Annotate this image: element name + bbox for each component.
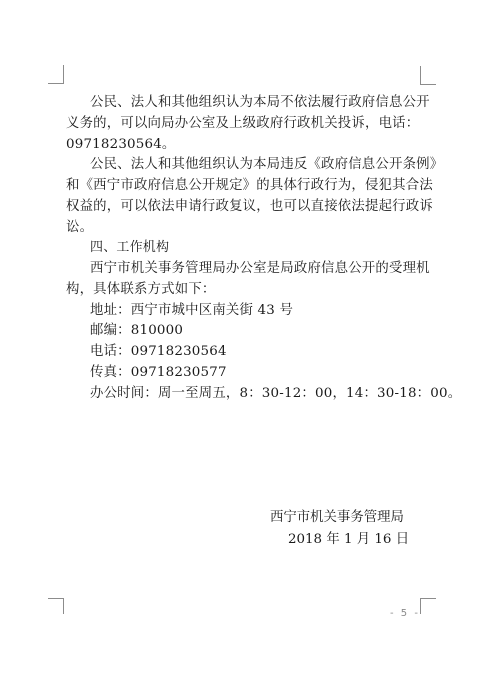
document-page: 公民、法人和其他组织认为本局不依法履行政府信息公开 义务的，可以向局办公室及上级… <box>0 0 479 675</box>
paragraph-review: 公民、法人和其他组织认为本局违反《政府信息公开条例》 和《西宁市政府信息公开规定… <box>66 155 420 238</box>
office-hours: 办公时间：周一至周五，8：30-12：00，14：30-18：00。 <box>66 384 420 405</box>
crop-mark-top-left <box>48 65 64 84</box>
paragraph-complaint: 公民、法人和其他组织认为本局不依法履行政府信息公开 义务的，可以向局办公室及上级… <box>66 93 420 155</box>
section-heading: 四、工作机构 <box>66 238 420 259</box>
crop-mark-bottom-left <box>48 598 64 614</box>
crop-mark-bottom-right <box>420 598 436 614</box>
contact-info: 地址：西宁市城中区南关街 43 号 邮编：810000 电话：097182305… <box>66 301 420 405</box>
contact-phone: 电话：09718230564 <box>66 342 420 363</box>
contact-fax: 传真：09718230577 <box>66 363 420 384</box>
page-number: - 5 - <box>390 608 420 619</box>
signature-organization: 西宁市机关事务管理局 <box>270 507 404 528</box>
text-line: 公民、法人和其他组织认为本局不依法履行政府信息公开 <box>66 93 420 114</box>
text-line: 西宁市机关事务管理局办公室是局政府信息公开的受理机 <box>66 259 420 280</box>
text-line: 和《西宁市政府信息公开规定》的具体行政行为，侵犯其合法 <box>66 176 420 197</box>
text-line: 义务的，可以向局办公室及上级政府行政机关投诉，电话： <box>66 114 420 135</box>
crop-mark-top-right <box>420 66 436 85</box>
text-line: 讼。 <box>66 218 420 239</box>
text-line: 公民、法人和其他组织认为本局违反《政府信息公开条例》 <box>66 155 420 176</box>
text-line: 构，具体联系方式如下： <box>66 280 420 301</box>
paragraph-office: 西宁市机关事务管理局办公室是局政府信息公开的受理机 构，具体联系方式如下： <box>66 259 420 301</box>
text-line: 权益的，可以依法申请行政复议，也可以直接依法提起行政诉 <box>66 197 420 218</box>
document-body: 公民、法人和其他组织认为本局不依法履行政府信息公开 义务的，可以向局办公室及上级… <box>66 93 420 404</box>
signature-date: 2018 年 1 月 16 日 <box>288 529 409 550</box>
contact-address: 地址：西宁市城中区南关街 43 号 <box>66 301 420 322</box>
contact-postcode: 邮编：810000 <box>66 321 420 342</box>
text-line: 09718230564。 <box>66 135 420 156</box>
